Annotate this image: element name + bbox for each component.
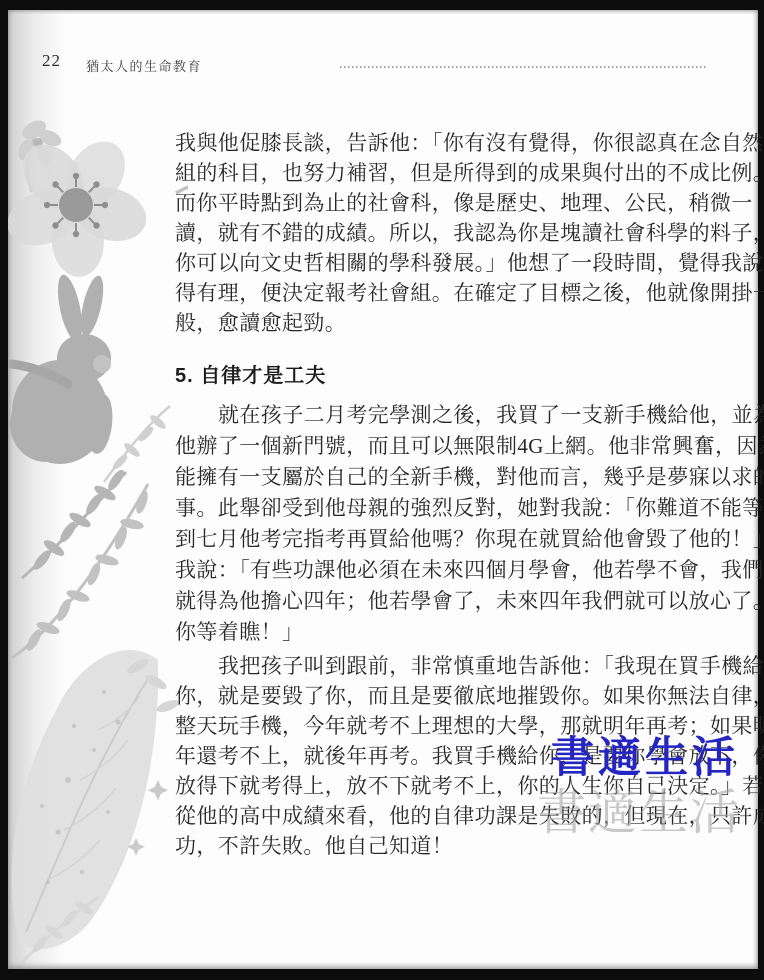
page-number: 22 xyxy=(42,51,61,71)
text-line: 事。此舉卻受到他母親的強烈反對，她對我說：「你難道不能等 xyxy=(175,493,741,524)
text-line: 我與他促膝長談，告訴他：「你有沒有覺得，你很認真在念自然 xyxy=(175,128,741,158)
book-page-scan: 22 猶太人的生命教育 我與他促膝長談，告訴他：「你有沒有覺得，你很認真在念自然… xyxy=(0,0,764,980)
text-line: 我說：「有些功課他必須在未來四個月學會，他若學不會，我們 xyxy=(175,555,741,586)
text-line: 他辦了一個新門號，而且可以無限制4G上網。他非常興奮，因為 xyxy=(175,431,741,462)
text-line: 能擁有一支屬於自己的全新手機，對他而言，幾乎是夢寐以求的 xyxy=(175,462,741,493)
text-line: 就得為他擔心四年；他若學會了，未來四年我們就可以放心了。 xyxy=(175,586,741,617)
watermark-blue: 書適生活 xyxy=(551,724,739,785)
header-dotted-rule xyxy=(340,66,706,68)
text-line: 到七月他考完指考再買給他嗎？你現在就買給他會毀了他的！」 xyxy=(175,524,741,555)
text-line: 我把孩子叫到跟前，非常慎重地告訴他：「我現在買手機給 xyxy=(175,651,741,681)
text-line: 你，就是要毀了你，而且是要徹底地摧毀你。如果你無法自律， xyxy=(175,681,741,711)
paragraph-2: 就在孩子二月考完學測之後，我買了一支新手機給他，並為他辦了一個新門號，而且可以無… xyxy=(175,400,741,648)
paragraph-1: 我與他促膝長談，告訴他：「你有沒有覺得，你很認真在念自然組的科目，也努力補習，但… xyxy=(175,128,741,338)
text-line: 你可以向文史哲相關的學科發展。」他想了一段時間，覺得我說 xyxy=(175,248,741,278)
section-heading: 5. 自律才是工夫 xyxy=(175,359,326,388)
text-line: 般，愈讀愈起勁。 xyxy=(175,308,741,338)
text-line: 讀，就有不錯的成績。所以，我認為你是塊讀社會科學的料子， xyxy=(175,218,741,248)
text-line: 而你平時點到為止的社會科，像是歷史、地理、公民，稍微一 xyxy=(175,188,741,218)
text-line: 你等着瞧！」 xyxy=(175,617,741,648)
text-line: 得有理，便決定報考社會組。在確定了目標之後，他就像開掛一 xyxy=(175,278,741,308)
text-line: 組的科目，也努力補習，但是所得到的成果與付出的不成比例。 xyxy=(175,158,741,188)
book-title: 猶太人的生命教育 xyxy=(86,56,202,75)
text-line: 就在孩子二月考完學測之後，我買了一支新手機給他，並為 xyxy=(175,400,741,431)
